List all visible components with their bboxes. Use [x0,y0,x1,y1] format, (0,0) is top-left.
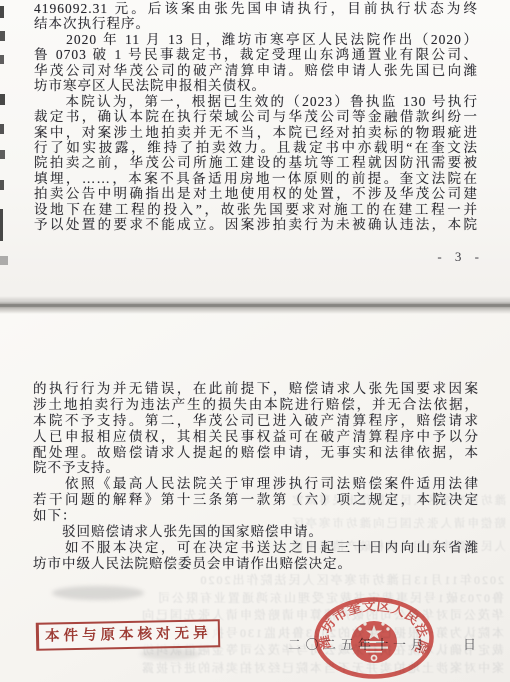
national-emblem-icon [351,621,397,663]
document-line: 涉土地拍卖行为违法产生的损失由本院进行赔偿，并无合法依据， [33,397,479,413]
scan-artifact [0,150,5,159]
document-line: 拍卖公告中明确指出是对土地使用权的处置，不涉及华茂公司建 [34,186,478,201]
document-line: 院拍卖之前，华茂公司所施工建设的基坑等工程就因防汛需要被 [34,155,478,170]
document-line: 2020 年 11 月 13 日，潍坊市寒亭区人民法院作出（2020） [34,32,478,47]
verification-stamp: 本件与原本核对无异 [36,619,220,651]
document-line: 配处理。故赔偿请求人提起的赔偿申请，无事实和法律依据，本 [33,445,479,461]
document-line: 的执行行为并无错误，在此前提下，赔偿请求人张先国要求因案 [33,381,479,397]
page4-text: 的执行行为并无错误，在此前提下，赔偿请求人张先国要求因案涉土地拍卖行为违法产生的… [33,381,479,572]
document-line: 鲁 0703 破 1 号民事裁定书，裁定受理山东鸿通置业有限公司、 [34,47,478,62]
document-line: 依照《最高人民法院关于审理涉执行司法赔偿案件适用法律 [33,476,479,492]
scan-artifact [0,55,4,64]
document-line: 本院认为，第一，根据已生效的（2023）鲁执监 130 号执行 [34,94,478,109]
scan-artifact [0,180,4,190]
court-seal: 潍坊市奎文区人民法院 [303,589,445,681]
document-line: 填埋，……，本案不具备适用房地一体原则的前提。奎文法院在 [34,171,478,186]
document-line: 若干问题的解释》第十三条第一款第（六）项之规定，本院决定 [33,492,479,508]
document-line: 设地下在建工程的投入”，故张先国要求对施工的在建工程一并 [34,202,478,217]
document-line: 4196092.31 元。后该案由张先国申请执行，目前执行状态为终 [34,1,478,16]
document-line: 院不予支持。 [33,460,479,476]
document-line: 驳回赔偿请求人张先国的国家赔偿申请。 [33,524,479,540]
document-line: 裁定书，确认本院在执行荣域公司与华茂公司等金融借款纠纷一 [34,109,478,124]
document-line: 坊市中级人民法院赔偿委员会申请作出赔偿决定。 [33,556,479,572]
document-line: 予以处置的要求不能成立。因案涉拍卖行为未被确认违法，本院 [34,217,478,232]
document-line: 如不服本决定，可在决定书送达之日起三十日内向山东省潍 [33,540,479,556]
scan-artifact [0,6,4,18]
document-line: 结本次执行程序。 [34,16,478,31]
page-number: - 3 - [437,249,484,265]
scan-smudge [52,586,144,600]
scan-artifact [0,124,4,134]
document-line: 案中，对案涉土地拍卖并无不当，本院已经对拍卖标的物瑕疵进 [34,125,478,140]
document-line: 坊市寒亭区人民法院申报相关债权。 [34,78,478,93]
document-line: 人已申报相应债权，其相关民事权益可在破产清算程序中予以分 [33,429,479,445]
scan-artifact [0,31,5,41]
page3-text: 4196092.31 元。后该案由张先国申请执行，目前执行状态为终结本次执行程序… [34,1,478,233]
document-line: 行了如实披露，维持了拍卖效力。且裁定书中亦载明“在奎文法 [34,140,478,155]
scan-smudge [140,648,200,660]
scanned-court-document: 潍坊市寒亭区人民法院作出民事裁定赔偿申请人张先国已向潍坊市寒亭区人民法院申报相关… [0,0,510,682]
scan-artifact [0,256,8,265]
document-line: 如下： [33,508,479,524]
page-edge-line [0,304,510,307]
scan-artifact [0,209,3,241]
document-line: 华茂公司对华茂公司的破产清算申请。赔偿申请人张先国已向潍 [34,63,478,78]
document-line: 本院不予支持。第二，华茂公司已进入破产清算程序，赔偿请求 [33,413,479,429]
scan-artifact [0,94,5,105]
